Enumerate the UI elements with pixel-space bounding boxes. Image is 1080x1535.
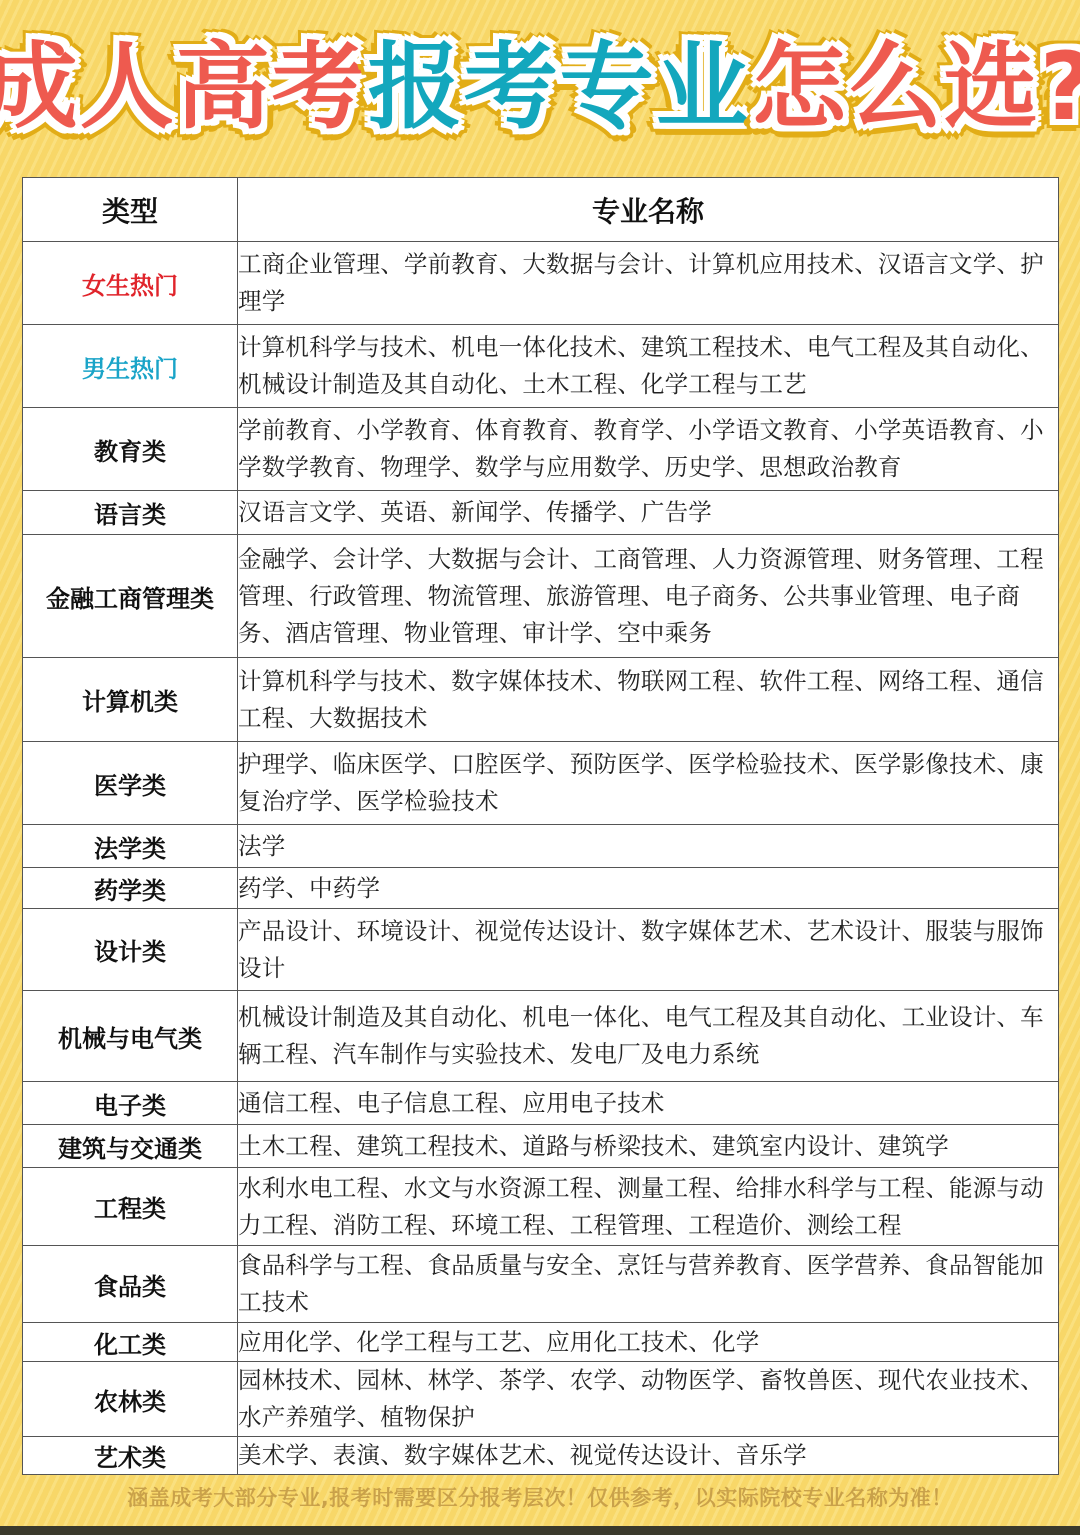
row-majors: 食品科学与工程、食品质量与安全、烹饪与营养教育、医学营养、食品智能加工技术 bbox=[238, 1246, 1059, 1323]
table-row: 工程类 水利水电工程、水文与水资源工程、测量工程、给排水科学与工程、能源与动力工… bbox=[23, 1168, 1059, 1246]
row-category: 女生热门 bbox=[23, 242, 238, 325]
row-majors: 学前教育、小学教育、体育教育、教育学、小学语文教育、小学英语教育、小学数学教育、… bbox=[238, 408, 1059, 491]
row-category: 艺术类 bbox=[23, 1437, 238, 1475]
title-segment-3: 怎么选? bbox=[752, 33, 1080, 142]
table-row: 药学类 药学、中药学 bbox=[23, 868, 1059, 909]
row-majors: 园林技术、园林、林学、茶学、农学、动物医学、畜牧兽医、现代农业技术、水产养殖学、… bbox=[238, 1362, 1059, 1437]
row-majors: 应用化学、化学工程与工艺、应用化工技术、化学 bbox=[238, 1323, 1059, 1362]
table-row: 金融工商管理类 金融学、会计学、大数据与会计、工商管理、人力资源管理、财务管理、… bbox=[23, 535, 1059, 658]
row-category: 电子类 bbox=[23, 1082, 238, 1125]
page-title: 成人高考报考专业怎么选? bbox=[0, 41, 1080, 135]
footer-disclaimer: 涵盖成考大部分专业,报考时需要区分报考层次！仅供参考，以实际院校专业名称为准！ bbox=[0, 1482, 1080, 1512]
row-majors: 美术学、表演、数字媒体艺术、视觉传达设计、音乐学 bbox=[238, 1437, 1059, 1475]
table-row: 农林类 园林技术、园林、林学、茶学、农学、动物医学、畜牧兽医、现代农业技术、水产… bbox=[23, 1362, 1059, 1437]
table-row: 电子类 通信工程、电子信息工程、应用电子技术 bbox=[23, 1082, 1059, 1125]
row-category: 语言类 bbox=[23, 491, 238, 535]
table-row: 食品类 食品科学与工程、食品质量与安全、烹饪与营养教育、医学营养、食品智能加工技… bbox=[23, 1246, 1059, 1323]
row-majors: 金融学、会计学、大数据与会计、工商管理、人力资源管理、财务管理、工程管理、行政管… bbox=[238, 535, 1059, 658]
row-majors: 通信工程、电子信息工程、应用电子技术 bbox=[238, 1082, 1059, 1125]
table-row: 法学类 法学 bbox=[23, 825, 1059, 868]
table-row: 建筑与交通类 土木工程、建筑工程技术、道路与桥梁技术、建筑室内设计、建筑学 bbox=[23, 1125, 1059, 1168]
row-category: 食品类 bbox=[23, 1246, 238, 1323]
title-segment-1: 成人高考 bbox=[0, 33, 368, 142]
row-category: 建筑与交通类 bbox=[23, 1125, 238, 1168]
row-category: 机械与电气类 bbox=[23, 991, 238, 1082]
row-category: 金融工商管理类 bbox=[23, 535, 238, 658]
table-row: 化工类 应用化学、化学工程与工艺、应用化工技术、化学 bbox=[23, 1323, 1059, 1362]
row-category: 工程类 bbox=[23, 1168, 238, 1246]
header-category: 类型 bbox=[23, 178, 238, 242]
row-majors: 计算机科学与技术、数字媒体技术、物联网工程、软件工程、网络工程、通信工程、大数据… bbox=[238, 658, 1059, 742]
table-row: 女生热门 工商企业管理、学前教育、大数据与会计、计算机应用技术、汉语言文学、护理… bbox=[23, 242, 1059, 325]
table-header-row: 类型 专业名称 bbox=[23, 178, 1059, 242]
row-majors: 水利水电工程、水文与水资源工程、测量工程、给排水科学与工程、能源与动力工程、消防… bbox=[238, 1168, 1059, 1246]
row-category: 教育类 bbox=[23, 408, 238, 491]
row-majors: 土木工程、建筑工程技术、道路与桥梁技术、建筑室内设计、建筑学 bbox=[238, 1125, 1059, 1168]
row-majors: 汉语言文学、英语、新闻学、传播学、广告学 bbox=[238, 491, 1059, 535]
majors-table: 类型 专业名称 女生热门 工商企业管理、学前教育、大数据与会计、计算机应用技术、… bbox=[22, 177, 1059, 1475]
table-row: 设计类 产品设计、环境设计、视觉传达设计、数字媒体艺术、艺术设计、服装与服饰设计 bbox=[23, 909, 1059, 991]
row-category: 药学类 bbox=[23, 868, 238, 909]
table-row: 语言类 汉语言文学、英语、新闻学、传播学、广告学 bbox=[23, 491, 1059, 535]
table-row: 艺术类 美术学、表演、数字媒体艺术、视觉传达设计、音乐学 bbox=[23, 1437, 1059, 1475]
row-category: 男生热门 bbox=[23, 325, 238, 408]
row-majors: 产品设计、环境设计、视觉传达设计、数字媒体艺术、艺术设计、服装与服饰设计 bbox=[238, 909, 1059, 991]
row-majors: 药学、中药学 bbox=[238, 868, 1059, 909]
bottom-bar bbox=[0, 1526, 1080, 1535]
table-row: 机械与电气类 机械设计制造及其自动化、机电一体化、电气工程及其自动化、工业设计、… bbox=[23, 991, 1059, 1082]
table-row: 教育类 学前教育、小学教育、体育教育、教育学、小学语文教育、小学英语教育、小学数… bbox=[23, 408, 1059, 491]
title-segment-2: 报考专业 bbox=[368, 33, 752, 142]
table-row: 男生热门 计算机科学与技术、机电一体化技术、建筑工程技术、电气工程及其自动化、机… bbox=[23, 325, 1059, 408]
row-category: 计算机类 bbox=[23, 658, 238, 742]
row-majors: 工商企业管理、学前教育、大数据与会计、计算机应用技术、汉语言文学、护理学 bbox=[238, 242, 1059, 325]
table-row: 医学类 护理学、临床医学、口腔医学、预防医学、医学检验技术、医学影像技术、康复治… bbox=[23, 742, 1059, 825]
row-category: 法学类 bbox=[23, 825, 238, 868]
row-category: 农林类 bbox=[23, 1362, 238, 1437]
header-majors: 专业名称 bbox=[238, 178, 1059, 242]
poster-title: 成人高考报考专业怎么选? bbox=[0, 18, 1080, 158]
row-category: 设计类 bbox=[23, 909, 238, 991]
row-majors: 计算机科学与技术、机电一体化技术、建筑工程技术、电气工程及其自动化、机械设计制造… bbox=[238, 325, 1059, 408]
table-row: 计算机类 计算机科学与技术、数字媒体技术、物联网工程、软件工程、网络工程、通信工… bbox=[23, 658, 1059, 742]
row-category: 化工类 bbox=[23, 1323, 238, 1362]
row-category: 医学类 bbox=[23, 742, 238, 825]
row-majors: 法学 bbox=[238, 825, 1059, 868]
row-majors: 机械设计制造及其自动化、机电一体化、电气工程及其自动化、工业设计、车辆工程、汽车… bbox=[238, 991, 1059, 1082]
row-majors: 护理学、临床医学、口腔医学、预防医学、医学检验技术、医学影像技术、康复治疗学、医… bbox=[238, 742, 1059, 825]
